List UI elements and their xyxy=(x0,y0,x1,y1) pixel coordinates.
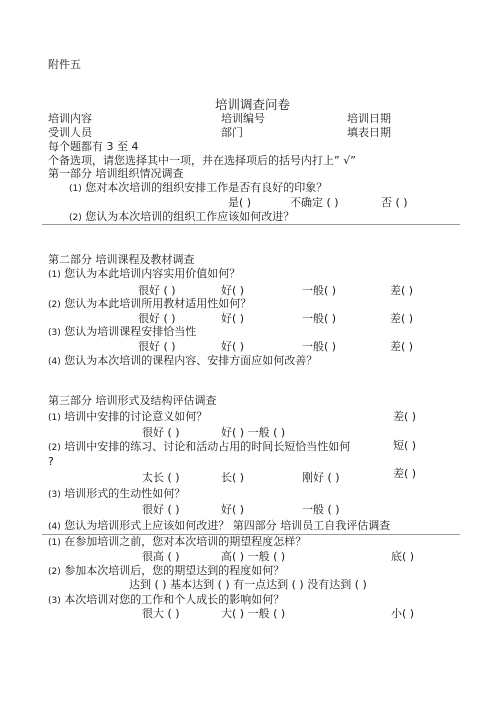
option-unsure[interactable]: 不确定 ( ) xyxy=(290,196,339,209)
question-number: (3) xyxy=(48,328,61,338)
option-good[interactable]: 好( ) xyxy=(221,312,244,325)
option-poor[interactable]: 差( ) xyxy=(393,410,416,423)
instruction-line-2: 个备选项，请您选择其中一项，并在选择项后的括号内打上” √” xyxy=(48,154,356,167)
question-text: 您认为本次培训的课程内容、安排方面应如何改善？ xyxy=(64,354,317,367)
part1-q2: (2) 您认为本次培训的组织工作应该如何改进？ xyxy=(69,210,294,225)
option-just-right[interactable]: 刚好 ( ) xyxy=(302,471,340,484)
option-very-good[interactable]: 很好 ( ) xyxy=(138,340,176,353)
option-very-good[interactable]: 很好 ( ) xyxy=(142,426,180,439)
part4-q1: (1) 在参加培训之前，您对本次培训的期望程度怎样？ xyxy=(48,535,306,550)
part2-q2: (2) 您认为本此培训所用教材适用性如何？ xyxy=(48,297,251,312)
option-very-good[interactable]: 很好 ( ) xyxy=(138,312,176,325)
part3-title: 第三部分 培训形式及结构评估调查 xyxy=(48,394,217,407)
question-text: 您对本次培训的组织安排工作是否有良好的印象？ xyxy=(85,181,327,194)
question-number: (1) xyxy=(69,184,82,194)
option-good[interactable]: 好( ) xyxy=(221,340,244,353)
option-yes[interactable]: 是( ) xyxy=(228,196,251,209)
option-average[interactable]: 一般 ( ) xyxy=(302,503,340,516)
part2-q1: (1) 您认为本此培训内容实用价值如何？ xyxy=(48,267,240,282)
option-very-high[interactable]: 很高 ( ) xyxy=(142,550,180,563)
question-text: 参加本次培训后，您的期望达到的程度如何？ xyxy=(64,564,284,577)
part3-q3: (3) 培训形式的生动性如何？ xyxy=(48,487,185,502)
attachment-label: 附件五 xyxy=(48,58,81,71)
question-text: 您认为本此培训所用教材适用性如何？ xyxy=(64,297,251,310)
part3-q2: (2) 培训中安排的练习、讨论和活动占用的时间长短恰当性如何 xyxy=(48,440,350,455)
option-very-good[interactable]: 很好 ( ) xyxy=(142,503,180,516)
option-large-average[interactable]: 大( ) 一般 ( ) xyxy=(221,607,285,620)
page-title: 培训调查问卷 xyxy=(215,98,290,111)
option-poor[interactable]: 差( ) xyxy=(390,340,413,353)
option-average[interactable]: 一般( ) xyxy=(302,340,336,353)
option-short[interactable]: 短( ) xyxy=(393,439,416,452)
part4-q2: (2) 参加本次培训后，您的期望达到的程度如何？ xyxy=(48,564,284,579)
question-number: (4) xyxy=(48,522,61,532)
part2-title: 第二部分 培训课程及教材调查 xyxy=(48,253,195,266)
question-text: 在参加培训之前，您对本次培训的期望程度怎样？ xyxy=(64,535,306,548)
part2-q4: (4) 您认为本次培训的课程内容、安排方面应如何改善？ xyxy=(48,354,317,369)
part1-title: 第一部分 培训组织情况调查 xyxy=(48,167,184,180)
option-too-long[interactable]: 太长 ( ) xyxy=(142,471,180,484)
part3-q1: (1) 培训中安排的讨论意义如何？ xyxy=(48,410,207,425)
question-text: 您认为培训课程安排恰当性 xyxy=(64,325,196,338)
option-very-good[interactable]: 很好 ( ) xyxy=(138,284,176,297)
option-high-average[interactable]: 高( ) 一般 ( ) xyxy=(221,550,285,563)
question-number: (2) xyxy=(69,213,82,223)
part3-q4: (4) 您认为培训形式上应该如何改进？ 第四部分 培训员工自我评估调查 xyxy=(48,519,390,534)
option-average[interactable]: 一般( ) xyxy=(302,284,336,297)
part4-q3: (3) 本次培训对您的工作和个人成长的影响如何？ xyxy=(48,593,284,608)
question-text: 本次培训对您的工作和个人成长的影响如何？ xyxy=(64,593,284,606)
option-reach-levels[interactable]: 达到 ( ) 基本达到 ( ) 有一点达到 ( ) 没有达到 ( ) xyxy=(129,578,367,591)
field-trainee: 受训人员 xyxy=(48,126,92,139)
option-good[interactable]: 好( ) xyxy=(221,503,244,516)
field-training-date: 培训日期 xyxy=(347,112,391,125)
question-number: (3) xyxy=(48,596,61,606)
question-text: 培训中安排的讨论意义如何？ xyxy=(64,410,207,423)
option-poor[interactable]: 差( ) xyxy=(390,284,413,297)
field-training-number: 培训编号 xyxy=(221,112,265,125)
part1-q1: (1) 您对本次培训的组织安排工作是否有良好的印象？ xyxy=(69,181,327,196)
field-training-content: 培训内容 xyxy=(48,112,92,125)
question-text: 您认为本次培训的组织工作应该如何改进？ xyxy=(85,210,294,223)
question-number: (3) xyxy=(48,490,61,500)
option-long[interactable]: 长( ) xyxy=(221,471,244,484)
divider xyxy=(42,224,460,225)
question-number: (1) xyxy=(48,270,61,280)
option-good[interactable]: 好( ) xyxy=(221,284,244,297)
part2-q3: (3) 您认为培训课程安排恰当性 xyxy=(48,325,196,340)
field-fill-date: 填表日期 xyxy=(347,126,391,139)
option-poor[interactable]: 差( ) xyxy=(390,312,413,325)
option-no[interactable]: 否 ( ) xyxy=(381,196,408,209)
field-department: 部门 xyxy=(221,126,243,139)
question-text: 培训中安排的练习、讨论和活动占用的时间长短恰当性如何 xyxy=(64,440,350,453)
question-number: (2) xyxy=(48,300,61,310)
option-average[interactable]: 一般( ) xyxy=(302,312,336,325)
question-number: (4) xyxy=(48,357,61,367)
option-low[interactable]: 底( ) xyxy=(391,550,414,563)
question-number: (2) xyxy=(48,443,61,453)
question-number: (1) xyxy=(48,538,61,548)
question-text: 您认为培训形式上应该如何改进？ 第四部分 培训员工自我评估调查 xyxy=(64,519,390,532)
option-small[interactable]: 小( ) xyxy=(391,607,414,620)
question-text: 您认为本此培训内容实用价值如何？ xyxy=(64,267,240,280)
question-number: (2) xyxy=(48,567,61,577)
question-number: (1) xyxy=(48,413,61,423)
option-good-average[interactable]: 好( ) 一般 ( ) xyxy=(221,426,285,439)
question-text: 培训形式的生动性如何？ xyxy=(64,487,185,500)
question-tail: ? xyxy=(48,455,54,468)
instruction-line-1: 每个题都有 3 至 4 xyxy=(48,140,139,153)
option-poor[interactable]: 差( ) xyxy=(393,467,416,480)
option-very-large[interactable]: 很大 ( ) xyxy=(142,607,180,620)
